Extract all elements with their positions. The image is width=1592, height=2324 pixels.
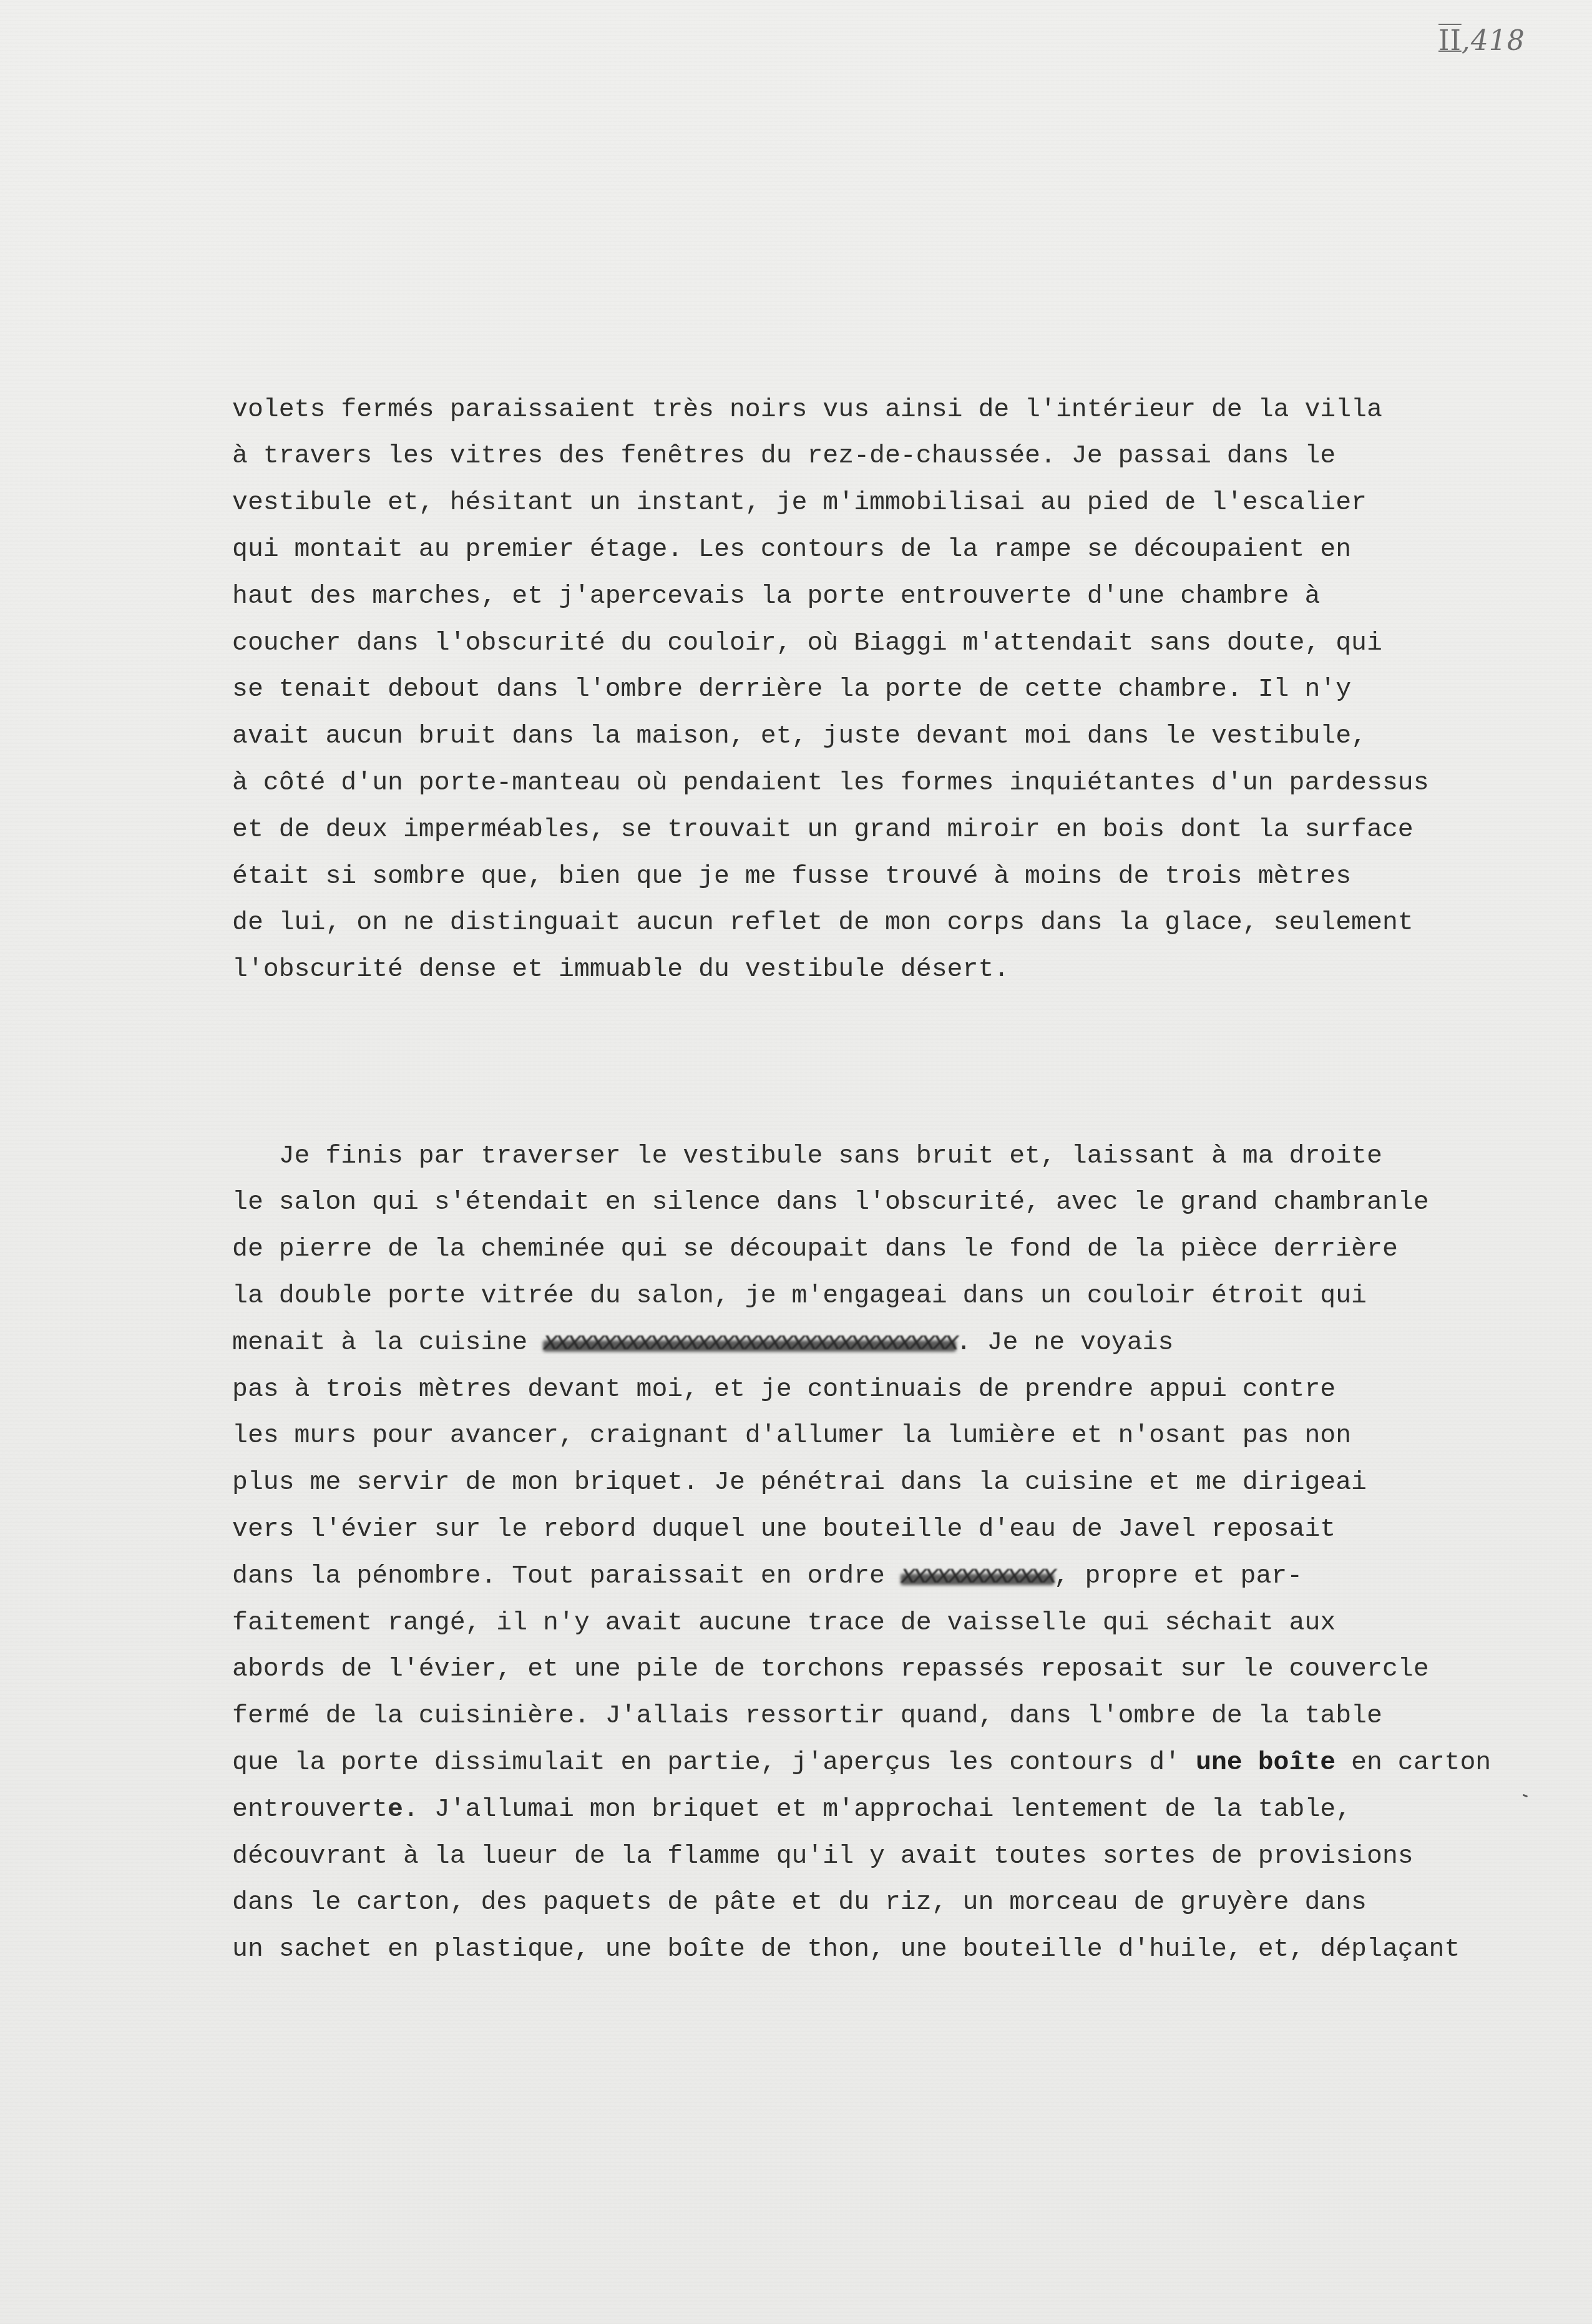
line-text: découvrant à la lueur de la flamme qu'il…: [232, 1842, 1414, 1871]
struck-out-text: xxxxxxxxxxxxx: [901, 1553, 1054, 1600]
line-text: faitement rangé, il n'y avait aucune tra…: [232, 1608, 1336, 1638]
paragraph-2: Je finis par traverser le vestibule sans…: [232, 1133, 1491, 1973]
line-text: à travers les vitres des fenêtres du rez…: [232, 441, 1336, 471]
line-text: abords de l'évier, et une pile de torcho…: [232, 1654, 1429, 1684]
line-text: se tenait debout dans l'ombre derrière l…: [232, 675, 1351, 704]
text-line: Je finis par traverser le vestibule sans…: [232, 1133, 1491, 1180]
text-line: pas à trois mètres devant moi, et je con…: [232, 1367, 1491, 1413]
text-line: volets fermés paraissaient très noirs vu…: [232, 387, 1491, 434]
line-text: haut des marches, et j'apercevais la por…: [232, 582, 1320, 611]
text-line: coucher dans l'obscurité du couloir, où …: [232, 620, 1491, 667]
line-text: entrouvert: [232, 1795, 388, 1824]
text-line: et de deux imperméables, se trouvait un …: [232, 807, 1491, 854]
text-line: un sachet en plastique, une boîte de tho…: [232, 1926, 1491, 1973]
line-text: qui montait au premier étage. Les contou…: [232, 535, 1351, 564]
line-text: en carton: [1336, 1748, 1491, 1777]
line-text: . Je ne voyais: [956, 1328, 1174, 1357]
text-line: menait à la cuisine xxxxxxxxxxxxxxxxxxxx…: [232, 1320, 1491, 1367]
line-text: plus me servir de mon briquet. Je pénétr…: [232, 1468, 1367, 1497]
folio-volume: II: [1438, 25, 1462, 57]
text-line: à travers les vitres des fenêtres du rez…: [232, 433, 1491, 480]
line-text: Je finis par traverser le vestibule sans…: [232, 1141, 1382, 1171]
text-line: avait aucun bruit dans la maison, et, ju…: [232, 713, 1491, 760]
typescript-body: volets fermés paraissaient très noirs vu…: [232, 293, 1491, 2020]
line-text: le salon qui s'étendait en silence dans …: [232, 1188, 1429, 1217]
line-text: vers l'évier sur le rebord duquel une bo…: [232, 1515, 1336, 1544]
folio-page: 418: [1471, 25, 1525, 57]
line-text: pas à trois mètres devant moi, et je con…: [232, 1375, 1336, 1404]
line-text: de pierre de la cheminée qui se découpai…: [232, 1234, 1398, 1264]
text-line: se tenait debout dans l'ombre derrière l…: [232, 666, 1491, 713]
text-line: l'obscurité dense et immuable du vestibu…: [232, 947, 1491, 994]
text-line: plus me servir de mon briquet. Je pénétr…: [232, 1460, 1491, 1506]
text-line: les murs pour avancer, craignant d'allum…: [232, 1413, 1491, 1460]
text-line: dans le carton, des paquets de pâte et d…: [232, 1880, 1491, 1926]
text-line: faitement rangé, il n'y avait aucune tra…: [232, 1600, 1491, 1647]
folio-separator: ,: [1462, 25, 1471, 57]
struck-out-text: xxxxxxxxxxxxxxxxxxxxxxxxxxxxxxxxxxx: [543, 1320, 956, 1367]
text-line: découvrant à la lueur de la flamme qu'il…: [232, 1833, 1491, 1880]
line-text: que la porte dissimulait en partie, j'ap…: [232, 1748, 1196, 1777]
text-line: était si sombre que, bien que je me fuss…: [232, 854, 1491, 901]
line-text: de lui, on ne distinguait aucun reflet d…: [232, 908, 1414, 937]
line-text: était si sombre que, bien que je me fuss…: [232, 862, 1351, 891]
text-line: le salon qui s'étendait en silence dans …: [232, 1179, 1491, 1226]
text-line: la double porte vitrée du salon, je m'en…: [232, 1273, 1491, 1320]
line-text: les murs pour avancer, craignant d'allum…: [232, 1421, 1351, 1450]
folio-number: II,418: [1438, 25, 1525, 57]
line-text: vestibule et, hésitant un instant, je m'…: [232, 488, 1367, 517]
text-line: à côté d'un porte-manteau où pendaient l…: [232, 760, 1491, 807]
text-line: vers l'évier sur le rebord duquel une bo…: [232, 1506, 1491, 1553]
line-text: dans le carton, des paquets de pâte et d…: [232, 1888, 1367, 1917]
line-text: volets fermés paraissaient très noirs vu…: [232, 395, 1382, 424]
line-text: coucher dans l'obscurité du couloir, où …: [232, 628, 1382, 658]
text-line: de lui, on ne distinguait aucun reflet d…: [232, 900, 1491, 947]
line-text: un sachet en plastique, une boîte de tho…: [232, 1935, 1460, 1964]
text-line: de pierre de la cheminée qui se découpai…: [232, 1226, 1491, 1273]
line-text: à côté d'un porte-manteau où pendaient l…: [232, 768, 1429, 798]
line-text: . J'allumai mon briquet et m'approchai l…: [403, 1795, 1351, 1824]
overtyped-phrase: une boîte: [1196, 1748, 1336, 1777]
line-text: avait aucun bruit dans la maison, et, ju…: [232, 721, 1367, 751]
text-line: qui montait au premier étage. Les contou…: [232, 527, 1491, 574]
line-text: menait à la cuisine: [232, 1328, 543, 1357]
paragraph-1: volets fermés paraissaient très noirs vu…: [232, 387, 1491, 994]
text-line: que la porte dissimulait en partie, j'ap…: [232, 1740, 1491, 1787]
text-line: entrouverte. J'allumai mon briquet et m'…: [232, 1787, 1491, 1833]
overtyped-correction: e: [388, 1795, 403, 1824]
line-text: , propre et par-: [1054, 1561, 1302, 1591]
line-text: dans la pénombre. Tout paraissait en ord…: [232, 1561, 901, 1591]
line-text: fermé de la cuisinière. J'allais ressort…: [232, 1701, 1382, 1731]
text-line: dans la pénombre. Tout paraissait en ord…: [232, 1553, 1491, 1600]
text-line: haut des marches, et j'apercevais la por…: [232, 574, 1491, 620]
line-text: et de deux imperméables, se trouvait un …: [232, 815, 1414, 844]
text-line: fermé de la cuisinière. J'allais ressort…: [232, 1693, 1491, 1740]
line-text: l'obscurité dense et immuable du vestibu…: [232, 955, 1009, 984]
line-text: la double porte vitrée du salon, je m'en…: [232, 1281, 1367, 1311]
text-line: vestibule et, hésitant un instant, je m'…: [232, 480, 1491, 527]
text-line: abords de l'évier, et une pile de torcho…: [232, 1646, 1491, 1693]
